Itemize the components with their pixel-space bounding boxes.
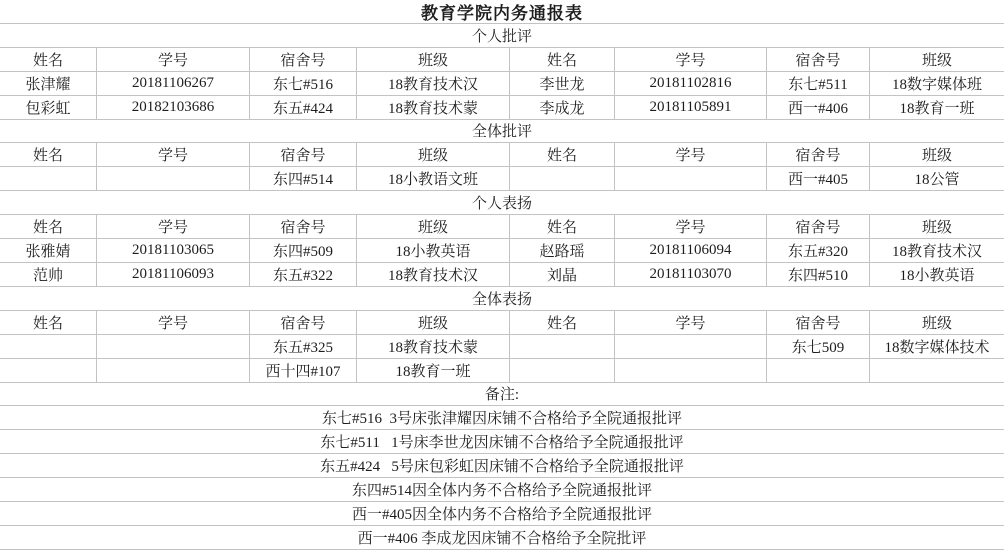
page-title: 教育学院内务通报表 [421, 0, 583, 24]
table-cell: 西十四#107 [250, 359, 357, 382]
table-cell: 东七#516 [250, 72, 357, 95]
column-header-cell: 姓名 [510, 48, 615, 71]
table-cell: 东五#325 [250, 335, 357, 358]
table-cell: 20182103686 [97, 96, 250, 119]
table-cell [510, 335, 615, 358]
table-cell: 李世龙 [510, 72, 615, 95]
table-row: 西十四#10718教育一班 [0, 359, 1004, 383]
note-text: 西一#405因全体内务不合格给予全院通报批评 [352, 503, 652, 524]
column-header-cell: 班级 [870, 311, 1004, 334]
column-header-row: 姓名学号宿舍号班级姓名学号宿舍号班级 [0, 215, 1004, 239]
table-cell: 东五#320 [767, 239, 870, 262]
column-header-cell: 姓名 [510, 311, 615, 334]
table-cell [97, 359, 250, 382]
column-header-cell: 姓名 [0, 48, 97, 71]
column-header-cell: 宿舍号 [250, 311, 357, 334]
table-cell: 东七#511 [767, 72, 870, 95]
note-text: 东四#514因全体内务不合格给予全院通报批评 [352, 479, 652, 500]
section-heading: 全体批评 [472, 120, 532, 141]
table-cell [870, 359, 1004, 382]
table-cell: 赵路瑶 [510, 239, 615, 262]
note-row: 东七#516 3号床张津耀因床铺不合格给予全院通报批评 [0, 406, 1004, 430]
table-cell: 东五#322 [250, 263, 357, 286]
column-header-cell: 班级 [870, 48, 1004, 71]
table-cell: 张雅婧 [0, 239, 97, 262]
table-cell: 东五#424 [250, 96, 357, 119]
column-header-cell: 宿舍号 [767, 215, 870, 238]
note-text: 东七#516 3号床张津耀因床铺不合格给予全院通报批评 [322, 407, 682, 428]
table-cell: 20181106094 [615, 239, 767, 262]
column-header-cell: 班级 [357, 215, 510, 238]
column-header-cell: 学号 [615, 311, 767, 334]
column-header-cell: 宿舍号 [250, 48, 357, 71]
table-cell: 18小教英语 [870, 263, 1004, 286]
table-cell: 18小教英语 [357, 239, 510, 262]
note-text: 东七#511 1号床李世龙因床铺不合格给予全院通报批评 [320, 431, 683, 452]
table-row: 张津耀20181106267东七#51618教育技术汉李世龙2018110281… [0, 72, 1004, 96]
column-header-cell: 姓名 [0, 311, 97, 334]
notes-label-row: 备注: [0, 383, 1004, 407]
column-header-cell: 宿舍号 [767, 311, 870, 334]
table-cell: 18数字媒体技术 [870, 335, 1004, 358]
table-cell: 18教育一班 [870, 96, 1004, 119]
table-cell [510, 167, 615, 190]
table-cell: 20181102816 [615, 72, 767, 95]
column-header-cell: 学号 [97, 311, 250, 334]
column-header-cell: 宿舍号 [767, 143, 870, 166]
table-cell: 范帅 [0, 263, 97, 286]
table-cell [615, 167, 767, 190]
table-cell: 西一#406 [767, 96, 870, 119]
column-header-cell: 学号 [615, 48, 767, 71]
table-cell: 李成龙 [510, 96, 615, 119]
table-cell [615, 335, 767, 358]
column-header-cell: 班级 [357, 143, 510, 166]
table-cell [0, 359, 97, 382]
note-row: 东四#514因全体内务不合格给予全院通报批评 [0, 478, 1004, 502]
table-cell: 20181106093 [97, 263, 250, 286]
column-header-cell: 学号 [615, 215, 767, 238]
table-cell: 东四#509 [250, 239, 357, 262]
notes-label: 备注: [485, 383, 519, 404]
section-heading-row: 全体批评 [0, 120, 1004, 144]
table-cell: 20181103065 [97, 239, 250, 262]
table-cell: 18教育技术蒙 [357, 335, 510, 358]
column-header-cell: 宿舍号 [767, 48, 870, 71]
note-row: 东五#424 5号床包彩虹因床铺不合格给予全院通报批评 [0, 454, 1004, 478]
table-cell: 18教育技术汉 [357, 72, 510, 95]
column-header-cell: 学号 [97, 143, 250, 166]
section-heading: 个人表扬 [472, 192, 532, 213]
table-cell: 18数字媒体班 [870, 72, 1004, 95]
table-row: 东五#32518教育技术蒙东七50918数字媒体技术 [0, 335, 1004, 359]
table-cell [0, 167, 97, 190]
column-header-cell: 班级 [870, 215, 1004, 238]
note-row: 东七#511 1号床李世龙因床铺不合格给予全院通报批评 [0, 430, 1004, 454]
table-cell [0, 335, 97, 358]
table-cell: 西一#405 [767, 167, 870, 190]
table-cell [767, 359, 870, 382]
table-row: 张雅婧20181103065东四#50918小教英语赵路瑶20181106094… [0, 239, 1004, 263]
table-cell: 18小教语文班 [357, 167, 510, 190]
section-heading-row: 个人表扬 [0, 191, 1004, 215]
table-cell [97, 167, 250, 190]
table-row: 包彩虹20182103686东五#42418教育技术蒙李成龙2018110589… [0, 96, 1004, 120]
column-header-cell: 姓名 [0, 143, 97, 166]
table-row: 范帅20181106093东五#32218教育技术汉刘晶20181103070东… [0, 263, 1004, 287]
column-header-row: 姓名学号宿舍号班级姓名学号宿舍号班级 [0, 143, 1004, 167]
note-text: 东五#424 5号床包彩虹因床铺不合格给予全院通报批评 [320, 455, 684, 476]
table-cell: 20181106267 [97, 72, 250, 95]
column-header-cell: 班级 [357, 48, 510, 71]
column-header-cell: 学号 [97, 48, 250, 71]
table-cell: 18教育一班 [357, 359, 510, 382]
table-cell: 18公管 [870, 167, 1004, 190]
note-text: 西一#406 李成龙因床铺不合格给予全院批评 [358, 527, 647, 548]
table-cell [510, 359, 615, 382]
table-cell: 20181103070 [615, 263, 767, 286]
table-cell: 张津耀 [0, 72, 97, 95]
column-header-cell: 姓名 [510, 215, 615, 238]
table-cell: 包彩虹 [0, 96, 97, 119]
table-cell: 18教育技术汉 [870, 239, 1004, 262]
note-row: 西一#406 李成龙因床铺不合格给予全院批评 [0, 526, 1004, 550]
section-heading-row: 个人批评 [0, 24, 1004, 48]
table-cell: 18教育技术汉 [357, 263, 510, 286]
column-header-row: 姓名学号宿舍号班级姓名学号宿舍号班级 [0, 48, 1004, 72]
internal-affairs-report-sheet: 教育学院内务通报表 个人批评姓名学号宿舍号班级姓名学号宿舍号班级张津耀20181… [0, 0, 1004, 550]
column-header-cell: 学号 [615, 143, 767, 166]
section-heading: 全体表扬 [472, 288, 532, 309]
table-cell: 20181105891 [615, 96, 767, 119]
section-heading-row: 全体表扬 [0, 287, 1004, 311]
note-row: 西一#405因全体内务不合格给予全院通报批评 [0, 502, 1004, 526]
column-header-cell: 班级 [870, 143, 1004, 166]
table-cell: 东四#514 [250, 167, 357, 190]
column-header-row: 姓名学号宿舍号班级姓名学号宿舍号班级 [0, 311, 1004, 335]
column-header-cell: 姓名 [510, 143, 615, 166]
column-header-cell: 学号 [97, 215, 250, 238]
table-cell: 18教育技术蒙 [357, 96, 510, 119]
table-cell [97, 335, 250, 358]
column-header-cell: 宿舍号 [250, 143, 357, 166]
section-heading: 个人批评 [472, 25, 532, 46]
column-header-cell: 宿舍号 [250, 215, 357, 238]
table-cell [615, 359, 767, 382]
table-cell: 刘晶 [510, 263, 615, 286]
table-cell: 东四#510 [767, 263, 870, 286]
table-cell: 东七509 [767, 335, 870, 358]
table-row: 东四#51418小教语文班西一#40518公管 [0, 167, 1004, 191]
column-header-cell: 班级 [357, 311, 510, 334]
title-row: 教育学院内务通报表 [0, 0, 1004, 24]
column-header-cell: 姓名 [0, 215, 97, 238]
